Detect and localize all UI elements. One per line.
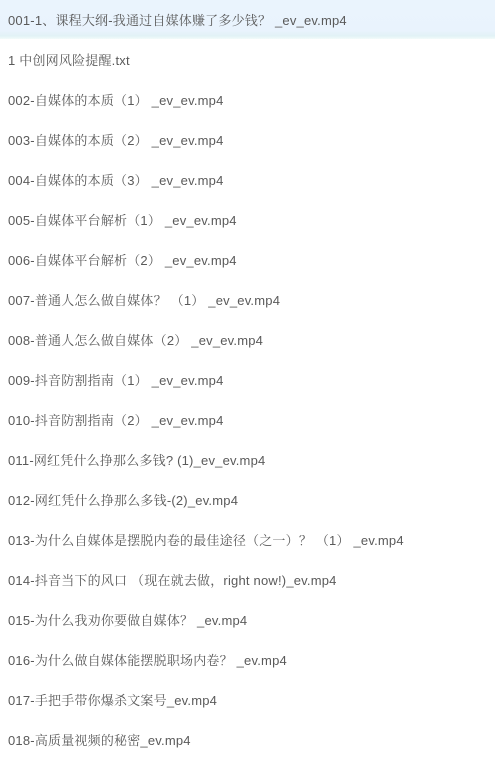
file-name: 001-1、课程大纲-我通过自媒体赚了多少钱？ _ev_ev.mp4 — [8, 10, 347, 29]
file-row[interactable]: 015-为什么我劝你要做自媒体？ _ev.mp4 — [0, 599, 495, 639]
file-name: 013-为什么自媒体是摆脱内卷的最佳途径（之一）？ （1） _ev.mp4 — [8, 530, 404, 549]
file-name: 011-网红凭什么挣那么多钱? (1)_ev_ev.mp4 — [8, 450, 265, 469]
file-list: 001-1、课程大纲-我通过自媒体赚了多少钱？ _ev_ev.mp4 1 中创网… — [0, 0, 495, 759]
file-row[interactable]: 013-为什么自媒体是摆脱内卷的最佳途径（之一）？ （1） _ev.mp4 — [0, 519, 495, 559]
file-row[interactable]: 007-普通人怎么做自媒体？ （1） _ev_ev.mp4 — [0, 279, 495, 319]
file-row[interactable]: 004-自媒体的本质（3） _ev_ev.mp4 — [0, 159, 495, 199]
file-row[interactable]: 011-网红凭什么挣那么多钱? (1)_ev_ev.mp4 — [0, 439, 495, 479]
file-name: 006-自媒体平台解析（2） _ev_ev.mp4 — [8, 250, 237, 269]
file-row[interactable]: 003-自媒体的本质（2） _ev_ev.mp4 — [0, 119, 495, 159]
file-name: 017-手把手带你爆杀文案号_ev.mp4 — [8, 690, 217, 709]
file-row[interactable]: 002-自媒体的本质（1） _ev_ev.mp4 — [0, 79, 495, 119]
file-row[interactable]: 017-手把手带你爆杀文案号_ev.mp4 — [0, 679, 495, 719]
file-name: 015-为什么我劝你要做自媒体？ _ev.mp4 — [8, 610, 247, 629]
file-row[interactable]: 018-高质量视频的秘密_ev.mp4 — [0, 719, 495, 759]
file-name: 003-自媒体的本质（2） _ev_ev.mp4 — [8, 130, 224, 149]
file-row[interactable]: 012-网红凭什么挣那么多钱-(2)_ev.mp4 — [0, 479, 495, 519]
file-name: 012-网红凭什么挣那么多钱-(2)_ev.mp4 — [8, 490, 238, 509]
file-row[interactable]: 016-为什么做自媒体能摆脱职场内卷？ _ev.mp4 — [0, 639, 495, 679]
file-row[interactable]: 1 中创网风险提醒.txt — [0, 39, 495, 79]
file-row[interactable]: 006-自媒体平台解析（2） _ev_ev.mp4 — [0, 239, 495, 279]
file-name: 014-抖音当下的风口 （现在就去做，right now!)_ev.mp4 — [8, 570, 337, 589]
file-row[interactable]: 009-抖音防割指南（1） _ev_ev.mp4 — [0, 359, 495, 399]
file-row-selected[interactable]: 001-1、课程大纲-我通过自媒体赚了多少钱？ _ev_ev.mp4 — [0, 0, 495, 39]
file-name: 004-自媒体的本质（3） _ev_ev.mp4 — [8, 170, 224, 189]
file-name: 008-普通人怎么做自媒体（2） _ev_ev.mp4 — [8, 330, 263, 349]
file-row[interactable]: 014-抖音当下的风口 （现在就去做，right now!)_ev.mp4 — [0, 559, 495, 599]
file-name: 016-为什么做自媒体能摆脱职场内卷？ _ev.mp4 — [8, 650, 287, 669]
file-name: 007-普通人怎么做自媒体？ （1） _ev_ev.mp4 — [8, 290, 280, 309]
file-row[interactable]: 008-普通人怎么做自媒体（2） _ev_ev.mp4 — [0, 319, 495, 359]
file-name: 018-高质量视频的秘密_ev.mp4 — [8, 730, 191, 749]
file-name: 005-自媒体平台解析（1） _ev_ev.mp4 — [8, 210, 237, 229]
file-name: 009-抖音防割指南（1） _ev_ev.mp4 — [8, 370, 224, 389]
file-name: 010-抖音防割指南（2） _ev_ev.mp4 — [8, 410, 224, 429]
file-row[interactable]: 005-自媒体平台解析（1） _ev_ev.mp4 — [0, 199, 495, 239]
file-name: 1 中创网风险提醒.txt — [8, 50, 130, 69]
file-name: 002-自媒体的本质（1） _ev_ev.mp4 — [8, 90, 224, 109]
file-row[interactable]: 010-抖音防割指南（2） _ev_ev.mp4 — [0, 399, 495, 439]
